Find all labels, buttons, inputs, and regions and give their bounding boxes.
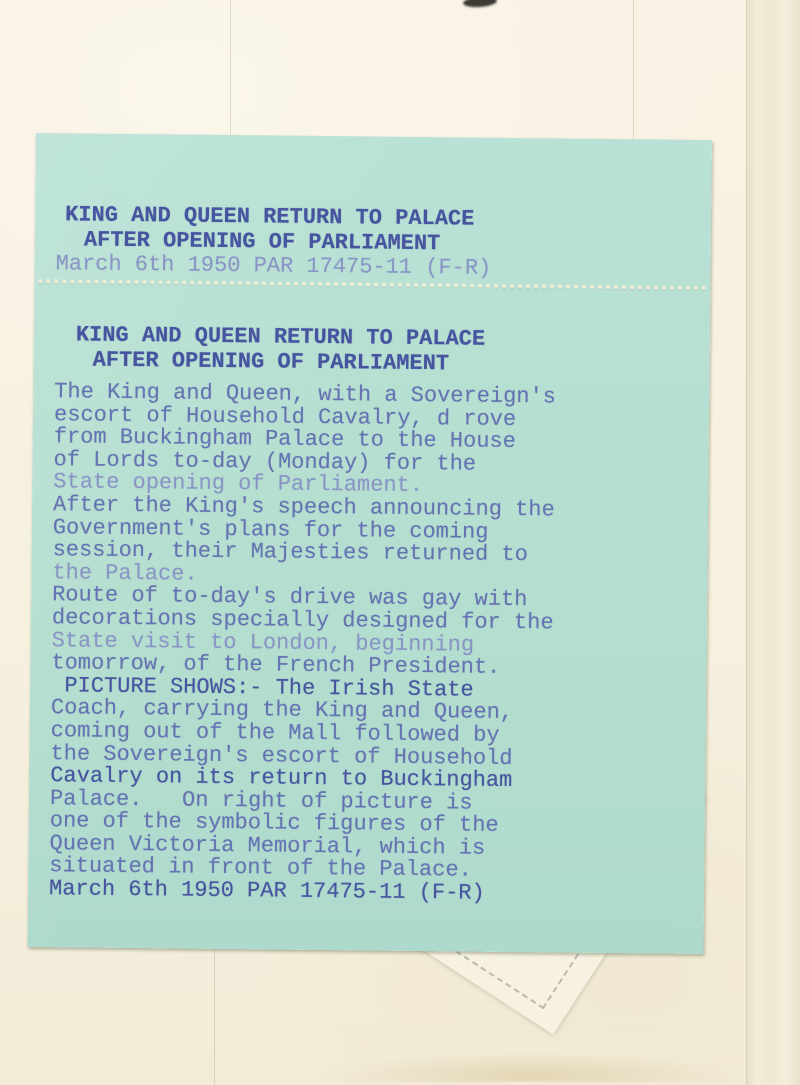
paper-crease xyxy=(633,0,634,146)
photo-caption-scan: O, G. A. KING AND QUEEN RETURN TO PALACE… xyxy=(0,0,800,1085)
adjacent-sheet-edge xyxy=(746,0,800,1085)
paper-crease xyxy=(230,0,231,136)
ink-smudge xyxy=(463,0,498,8)
paper-stain xyxy=(300,1048,760,1082)
caption-card: KING AND QUEEN RETURN TO PALACE AFTER OP… xyxy=(27,133,711,954)
caption-title: KING AND QUEEN RETURN TO PALACE AFTER OP… xyxy=(33,323,709,379)
paper-crease xyxy=(214,944,215,1085)
tear-off-slip: KING AND QUEEN RETURN TO PALACE AFTER OP… xyxy=(34,203,711,284)
caption-body: The King and Queen, with a Sovereign'ses… xyxy=(49,381,694,907)
